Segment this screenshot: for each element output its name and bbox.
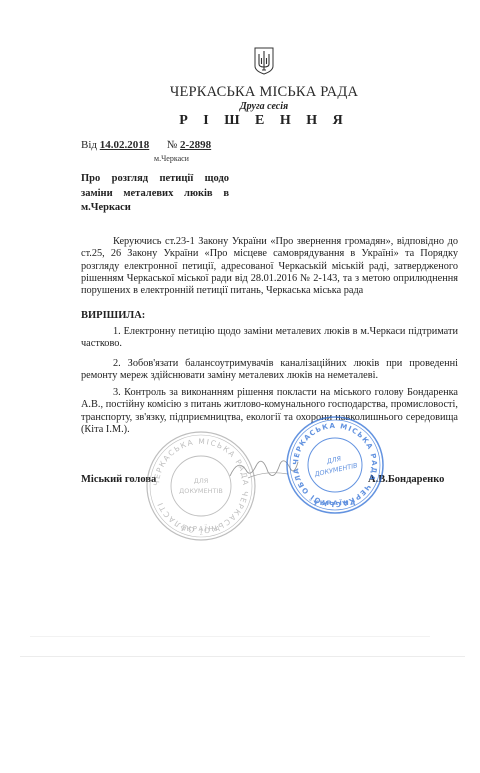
scan-artifact	[30, 636, 430, 637]
session-label: Друга сесія	[0, 101, 480, 112]
city: м.Черкаси	[154, 154, 189, 163]
document-type: Р І Ш Е Н Н Я	[0, 113, 480, 129]
ukraine-trident-icon	[254, 47, 274, 75]
resolved-heading: ВИРІШИЛА:	[81, 310, 145, 321]
scan-artifact	[20, 656, 465, 657]
document-page: ЧЕРКАСЬКА МІСЬКА РАДА Друга сесія Р І Ш …	[0, 0, 480, 773]
preamble: Керуючись ст.23-1 Закону України «Про зв…	[81, 236, 458, 297]
number-prefix: №	[167, 139, 178, 151]
svg-text:ДОКУМЕНТІВ: ДОКУМЕНТІВ	[313, 461, 359, 478]
official-stamp-blue: ЧЕРКАСЬКА МІСЬКА РАДА ЧЕРКАСЬКОЇ ОБЛАСТІ…	[285, 415, 385, 515]
svg-text:ДЛЯ: ДЛЯ	[194, 477, 208, 485]
svg-text:ЧЕРКАСЬКА МІСЬКА РАДА ЧЕРКАСЬК: ЧЕРКАСЬКА МІСЬКА РАДА ЧЕРКАСЬКОЇ ОБЛАСТІ	[152, 437, 250, 535]
svg-text:ДОКУМЕНТІВ: ДОКУМЕНТІВ	[179, 487, 223, 495]
organization-name: ЧЕРКАСЬКА МІСЬКА РАДА	[0, 84, 480, 101]
svg-text:УКРАЇНА: УКРАЇНА	[181, 524, 222, 533]
date-prefix: Від	[81, 139, 97, 151]
resolution-item-3: 3. Контроль за виконанням рішення поклас…	[81, 387, 458, 436]
decision-number: 2-2898	[180, 139, 211, 151]
official-stamp-gray: ЧЕРКАСЬКА МІСЬКА РАДА ЧЕРКАСЬКОЇ ОБЛАСТІ…	[145, 430, 257, 542]
resolution-item-1: 1. Електронну петицію щодо заміни метале…	[81, 326, 458, 351]
decision-date: 14.02.2018	[100, 139, 150, 151]
date-number-line: Від 14.02.2018 № 2-2898	[81, 139, 211, 151]
svg-text:УКРАЇНА: УКРАЇНА	[313, 498, 357, 507]
subject: Про розгляд петиції щодо заміни металеви…	[81, 172, 229, 216]
resolution-item-2: 2. Зобов'язати балансоутримувачів каналі…	[81, 358, 458, 383]
